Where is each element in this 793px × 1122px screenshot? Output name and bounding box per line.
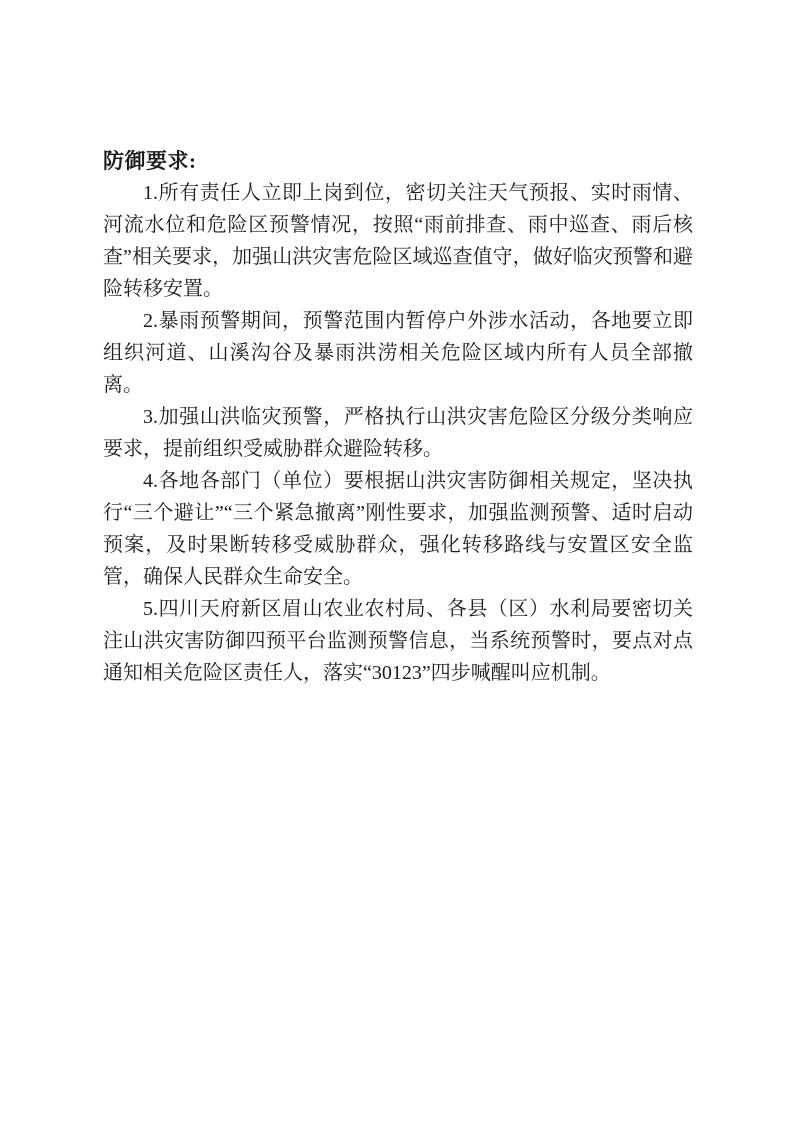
- document-body: 防御要求: 1.所有责任人立即上岗到位，密切关注天气预报、实时雨情、河流水位和危…: [103, 145, 693, 689]
- paragraph-duty-persons: 1.所有责任人立即上岗到位，密切关注天气预报、实时雨情、河流水位和危险区预警情况…: [103, 177, 693, 305]
- section-heading: 防御要求:: [103, 145, 693, 177]
- paragraph-monitoring-platform: 5.四川天府新区眉山农业农村局、各县（区）水利局要密切关注山洪灾害防御四预平台监…: [103, 593, 693, 689]
- paragraph-flood-warning: 3.加强山洪临灾预警，严格执行山洪灾害危险区分级分类响应要求，提前组织受威胁群众…: [103, 401, 693, 465]
- paragraph-departments-requirements: 4.各地各部门（单位）要根据山洪灾害防御相关规定，坚决执行“三个避让”“三个紧急…: [103, 465, 693, 593]
- paragraph-rainstorm-warning: 2.暴雨预警期间，预警范围内暂停户外涉水活动，各地要立即组织河道、山溪沟谷及暴雨…: [103, 305, 693, 401]
- document-page: 防御要求: 1.所有责任人立即上岗到位，密切关注天气预报、实时雨情、河流水位和危…: [0, 0, 793, 1122]
